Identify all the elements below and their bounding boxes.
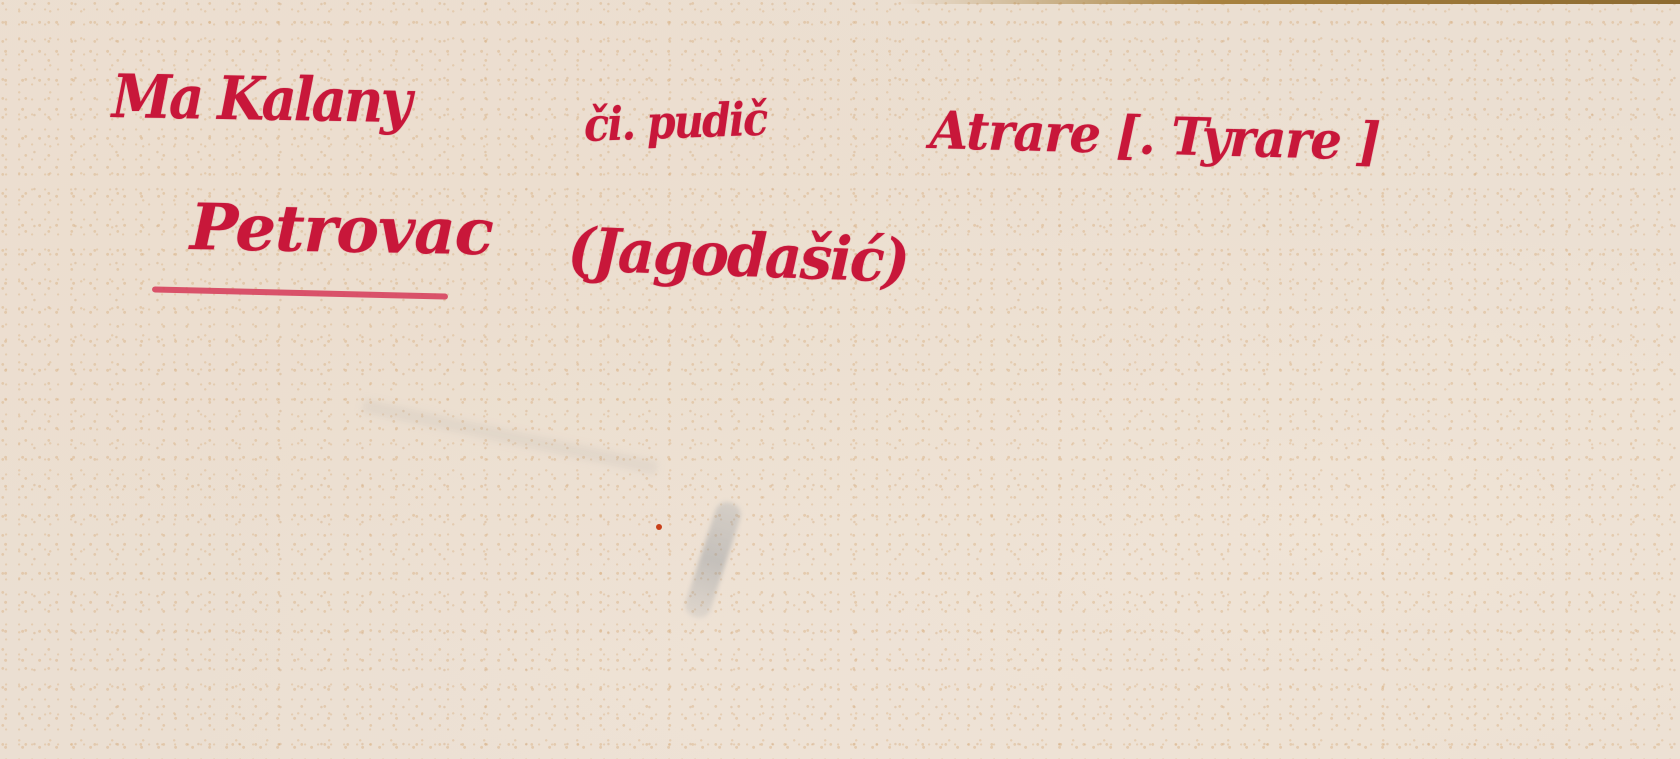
place-name-underline — [152, 286, 448, 299]
handwritten-parenthetical: (Jagodašić) — [567, 215, 909, 297]
red-dot-mark — [656, 524, 662, 530]
handwritten-text-line1-part1: Ma Kalany — [111, 62, 410, 137]
pencil-smudge — [362, 399, 658, 475]
handwritten-text-line1-part3: Atrare [. Tyrare ] — [929, 100, 1380, 173]
frame-edge — [900, 0, 1680, 4]
paper-sheet: Ma Kalany či. pudič Atrare [. Tyrare ] P… — [0, 0, 1680, 759]
pencil-stroke — [682, 499, 744, 621]
handwritten-text-line1-part2: či. pudič — [583, 92, 767, 152]
handwritten-place-name: Petrovac — [189, 190, 493, 270]
